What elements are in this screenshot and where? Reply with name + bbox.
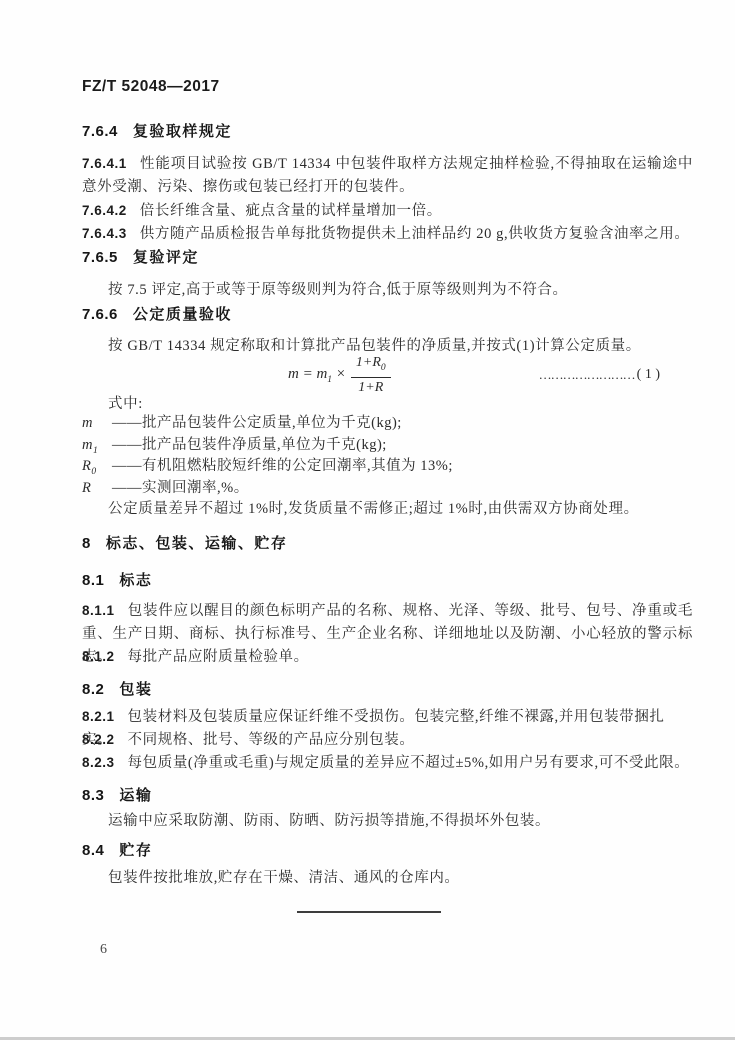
term-subscript: 0 [91,467,96,477]
definition-text: ——批产品包装件公定质量,单位为千克(kg); [112,415,402,431]
clause-title: 复验取样规定 [133,123,232,140]
formula-lhs: m = m1 × [288,366,346,385]
clause-title: 包装 [119,681,152,698]
para-number: 8.1.1 [82,603,115,618]
clause-heading-8: 8标志、包装、运输、贮存 [82,532,693,553]
equation-number: ( 1 ) [637,367,660,383]
para-text: 按 7.5 评定,高于或等于原等级则判为符合,低于原等级则判为不符合。 [108,282,568,298]
clause-title: 复验评定 [133,249,199,266]
formula-lhs-base: m = m [288,366,327,382]
para-number: 7.6.4.2 [82,203,127,218]
clause-heading-8-2: 8.2包装 [82,678,693,699]
clause-number: 7.6.6 [82,306,118,323]
para-8-1-2: 8.1.2每批产品应附质量检验单。 [82,645,693,669]
fraction-numerator: 1+R0 [351,354,391,379]
clause-number: 7.6.4 [82,123,118,140]
para-7-6-4-2: 7.6.4.2倍长纤维含量、疵点含量的试样量增加一倍。 [82,199,693,223]
where-text: 式中: [108,396,143,412]
clause-heading-8-3: 8.3运输 [82,784,693,805]
clause-heading-7-6-6: 7.6.6公定质量验收 [82,303,693,324]
page-content: FZ/T 52048—2017 7.6.4复验取样规定 7.6.4.1性能项目试… [82,0,693,1040]
clause-title: 贮存 [119,842,152,859]
para-text: 包装件按批堆放,贮存在干燥、清洁、通风的仓库内。 [108,870,460,886]
clause-number: 8.1 [82,572,104,589]
para-text: 公定质量差异不超过 1%时,发货质量不需修正;超过 1%时,由供需双方协商处理。 [108,501,639,517]
clause-number: 8 [82,535,91,552]
para-7-6-4-1: 7.6.4.1性能项目试验按 GB/T 14334 中包装件取样方法规定抽样检验… [82,152,693,199]
clause-title: 标志、包装、运输、贮存 [106,535,288,552]
para-8-2-3: 8.2.3每包质量(净重或毛重)与规定质量的差异应不超过±5%,如用户另有要求,… [82,751,693,775]
para-number: 8.2.2 [82,732,115,747]
clause-title: 公定质量验收 [133,306,232,323]
para-number: 7.6.4.3 [82,226,127,241]
clause-title: 标志 [119,572,152,589]
numerator-subscript: 0 [381,362,386,372]
formula-leader-group: …………………… ( 1 ) [539,367,660,383]
para-number: 8.2.3 [82,755,115,770]
para-number: 7.6.4.1 [82,156,127,171]
para-text: 倍长纤维含量、疵点含量的试样量增加一倍。 [140,203,442,219]
term-base: m [82,437,93,453]
para-8-3: 运输中应采取防潮、防雨、防晒、防污损等措施,不得损坏外包装。 [82,810,693,833]
term-subscript: 1 [93,446,98,456]
formula-fraction: 1+R0 1+R [351,354,391,397]
where-label: 式中: [82,393,693,416]
clause-heading-8-1: 8.1标志 [82,569,693,590]
para-number: 8.2.1 [82,709,115,724]
para-text: 每批产品应附质量检验单。 [128,649,309,665]
definition-text: ——批产品包装件净质量,单位为千克(kg); [112,437,387,453]
para-text: 供方随产品质检报告单每批货物提供未上油样品约 20 g,供收货方复验含油率之用。 [140,226,690,242]
definition-text: ——实测回潮率,%。 [112,480,249,496]
scanned-standard-page: FZ/T 52048—2017 7.6.4复验取样规定 7.6.4.1性能项目试… [0,0,735,1040]
formula-times-sign: × [332,366,346,382]
formula-1: m = m1 × 1+R0 1+R …………………… ( 1 ) [82,354,693,396]
para-text: 性能项目试验按 GB/T 14334 中包装件取样方法规定抽样检验,不得抽取在运… [82,156,693,195]
clause-number: 8.3 [82,787,104,804]
term-base: R [82,480,91,496]
clause-heading-7-6-5: 7.6.5复验评定 [82,246,693,267]
definition-text: ——有机阻燃粘胶短纤维的公定回潮率,其值为 13%; [112,458,453,474]
clause-number: 7.6.5 [82,249,118,266]
para-7-6-4-3: 7.6.4.3供方随产品质检报告单每批货物提供未上油样品约 20 g,供收货方复… [82,222,693,246]
numerator-base: 1+R [356,355,381,370]
para-number: 8.1.2 [82,649,115,664]
para-text: 不同规格、批号、等级的产品应分别包装。 [128,732,415,748]
clause-title: 运输 [119,787,152,804]
para-7-6-5: 按 7.5 评定,高于或等于原等级则判为符合,低于原等级则判为不符合。 [82,279,693,302]
para-text: 按 GB/T 14334 规定称取和计算批产品包装件的净质量,并按式(1)计算公… [108,338,641,354]
para-text: 每包质量(净重或毛重)与规定质量的差异应不超过±5%,如用户另有要求,可不受此限… [128,755,690,771]
clause-heading-8-4: 8.4贮存 [82,839,693,860]
term-base: m [82,415,93,431]
page-number: 6 [100,942,107,958]
para-tolerance: 公定质量差异不超过 1%时,发货质量不需修正;超过 1%时,由供需双方协商处理。 [82,498,693,521]
clause-number: 8.4 [82,842,104,859]
para-8-4: 包装件按批堆放,贮存在干燥、清洁、通风的仓库内。 [82,867,693,890]
standard-number: FZ/T 52048—2017 [82,78,220,95]
clause-number: 8.2 [82,681,104,698]
term-base: R [82,458,91,474]
standard-number-header: FZ/T 52048—2017 [82,78,693,96]
para-text: 运输中应采取防潮、防雨、防晒、防污损等措施,不得损坏外包装。 [108,813,550,829]
end-of-text-divider [297,911,441,913]
clause-heading-7-6-4: 7.6.4复验取样规定 [82,120,693,141]
dotted-leader: …………………… [539,367,635,383]
para-8-2-2: 8.2.2不同规格、批号、等级的产品应分别包装。 [82,728,693,752]
